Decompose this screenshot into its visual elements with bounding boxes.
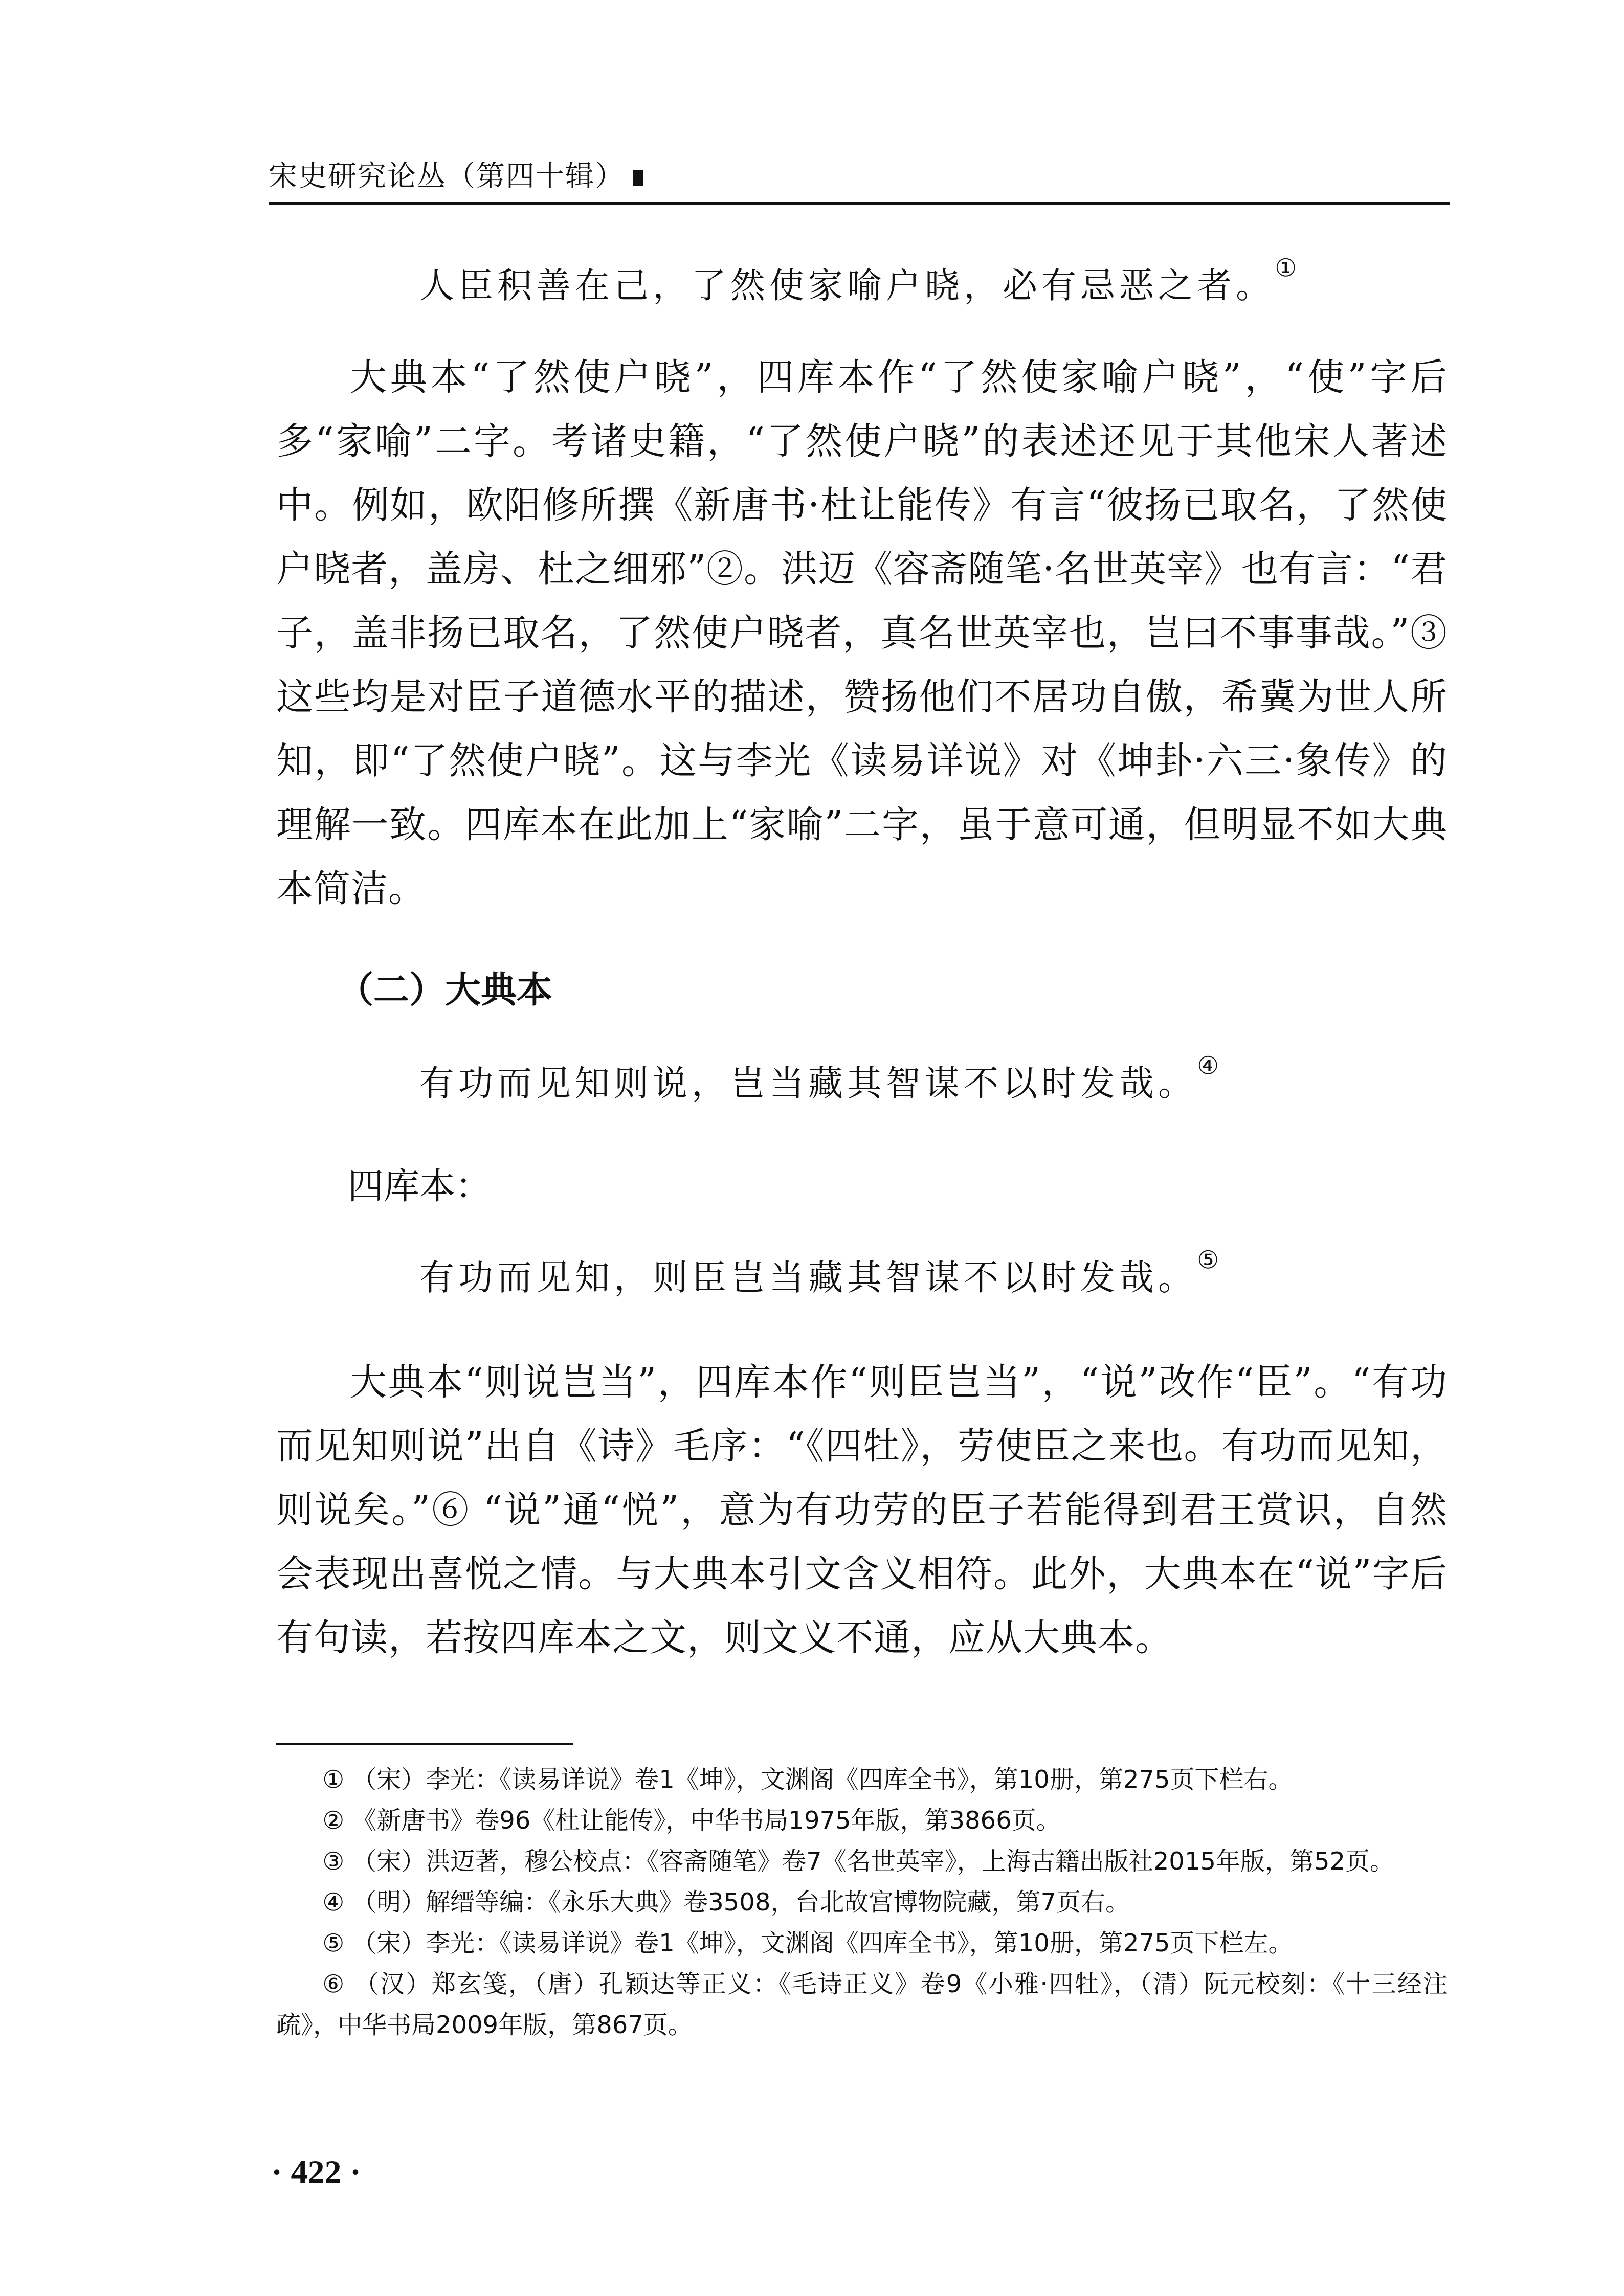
header-rule: [269, 202, 1450, 205]
footnotes: ① （宋）李光：《读易详说》卷1《坤》，文渊阁《四库全书》，第10册，第275页…: [276, 1759, 1448, 2045]
block-quote-2: 有功而见知则说，岂当藏其智谋不以时发哉。④: [419, 1053, 1442, 1115]
paragraph-1: 大典本“了然使户晓”，四库本作“了然使家喻户晓”，“使”字后多“家喻”二字。考诸…: [276, 345, 1448, 920]
quote-text: 人臣积善在己，了然使家喻户晓，必有忌恶之者。: [419, 266, 1275, 306]
footnote-rule: [276, 1743, 573, 1745]
book-page: 宋史研究论丛（第四十辑） 人臣积善在己，了然使家喻户晓，必有忌恶之者。① 大典本…: [0, 0, 1624, 2296]
footnote-ref[interactable]: ①: [1275, 254, 1301, 282]
footnote-2: ② 《新唐书》卷96《杜让能传》，中华书局1975年版，第3866页。: [276, 1800, 1448, 1841]
footnote-5: ⑤ （宋）李光：《读易详说》卷1《坤》，文渊阁《四库全书》，第10册，第275页…: [276, 1923, 1448, 1964]
running-head: 宋史研究论丛（第四十辑）: [269, 153, 643, 194]
square-mark-icon: [633, 170, 643, 186]
block-quote-1: 人臣积善在己，了然使家喻户晓，必有忌恶之者。①: [419, 256, 1442, 317]
footnote-3: ③ （宋）洪迈著，穆公校点：《容斋随笔》卷7《名世英宰》，上海古籍出版社2015…: [276, 1841, 1448, 1882]
footnote-ref[interactable]: ④: [1197, 1051, 1223, 1080]
quote-text: 有功而见知则说，岂当藏其智谋不以时发哉。: [419, 1064, 1197, 1104]
journal-title: 宋史研究论丛（第四十辑）: [269, 160, 625, 193]
block-quote-3: 有功而见知，则臣岂当藏其智谋不以时发哉。⑤: [419, 1248, 1442, 1309]
section-heading: （二）大典本: [338, 961, 552, 1013]
footnote-1: ① （宋）李光：《读易详说》卷1《坤》，文渊阁《四库全书》，第10册，第275页…: [276, 1759, 1448, 1800]
quote-text: 有功而见知，则臣岂当藏其智谋不以时发哉。: [419, 1258, 1197, 1298]
footnote-6: ⑥ （汉）郑玄笺，（唐）孔颖达等正义：《毛诗正义》卷9《小雅·四牡》，（清）阮元…: [276, 1964, 1448, 2045]
paragraph-2: 大典本“则说岂当”，四库本作“则臣岂当”，“说”改作“臣”。“有功而见知则说”出…: [276, 1350, 1448, 1670]
page-number: · 422 ·: [271, 2153, 361, 2192]
siku-label: 四库本：: [348, 1156, 491, 1217]
footnote-ref[interactable]: ⑤: [1197, 1246, 1223, 1274]
footnote-4: ④ （明）解缙等编：《永乐大典》卷3508，台北故宫博物院藏，第7页右。: [276, 1882, 1448, 1923]
